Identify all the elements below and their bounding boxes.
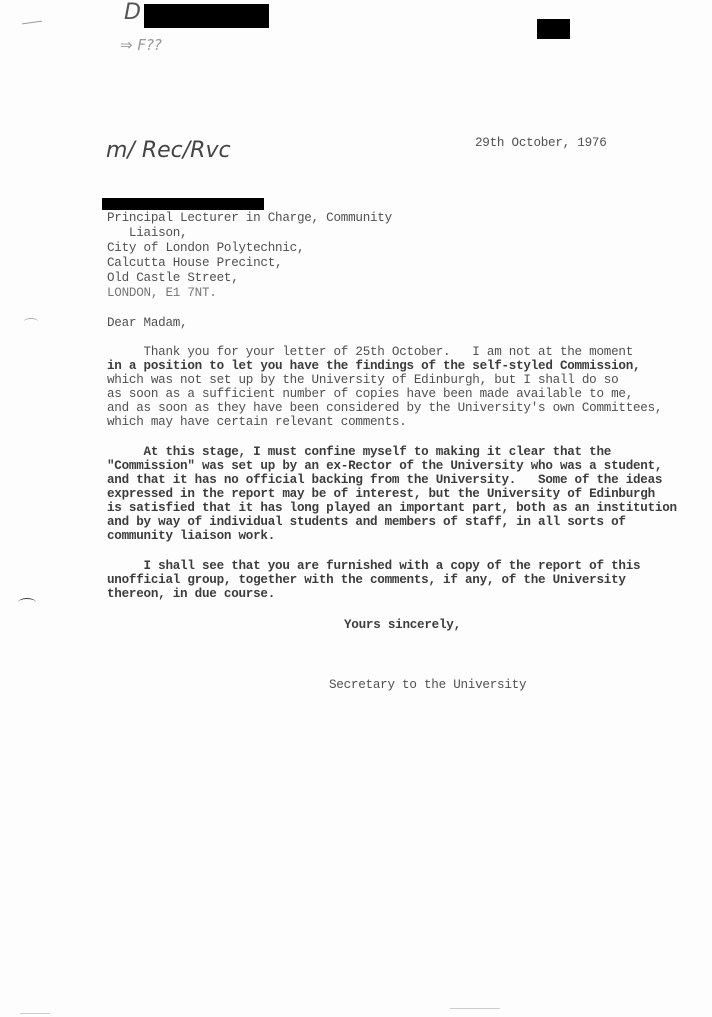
punch-hole-mark [18, 598, 36, 607]
letter-date: 29th October, 1976 [475, 136, 607, 151]
paragraph-line: is satisfied that it has long played an … [107, 501, 677, 516]
handwritten-file-note: ⇒ F?? [120, 36, 162, 54]
scan-noise [450, 1008, 500, 1009]
paragraph-line: I shall see that you are furnished with … [107, 559, 640, 574]
closing: Yours sincerely, [344, 618, 461, 633]
scan-mark [22, 21, 42, 25]
letter-page: D ⇒ F?? m/ Rec/Rvc 29th October, 1976 Pr… [0, 0, 712, 1017]
recipient-address-line1: Calcutta House Precinct, [107, 256, 282, 271]
recipient-city-postcode: LONDON, E1 7NT. [107, 286, 217, 301]
recipient-title-line1: Principal Lecturer in Charge, Community [107, 211, 392, 226]
scan-noise [20, 1013, 50, 1014]
signatory: Secretary to the University [329, 678, 526, 693]
handwritten-routing-note: m/ Rec/Rvc [106, 138, 231, 163]
paragraph-line: thereon, in due course. [107, 587, 275, 602]
paragraph-line: in a position to let you have the findin… [107, 359, 640, 374]
paragraph-line: which may have certain relevant comments… [107, 415, 407, 430]
recipient-organisation: City of London Polytechnic, [107, 241, 304, 256]
paragraph-line: as soon as a sufficient number of copies… [107, 387, 633, 402]
paragraph-line: unofficial group, together with the comm… [107, 573, 626, 588]
paragraph-line: and as soon as they have been considered… [107, 401, 662, 416]
paragraph-line: "Commission" was set up by an ex-Rector … [107, 459, 662, 474]
redaction-top-left [144, 4, 269, 28]
paragraph-line: and that it has no official backing from… [107, 473, 662, 488]
redaction-top-right [537, 19, 570, 39]
paragraph-line: community liaison work. [107, 529, 275, 544]
recipient-address-line2: Old Castle Street, [107, 271, 239, 286]
handwritten-mark: D [124, 0, 141, 25]
paragraph-line: which was not set up by the University o… [107, 373, 618, 388]
paragraph-line: Thank you for your letter of 25th Octobe… [107, 345, 633, 360]
salutation: Dear Madam, [107, 316, 187, 331]
paragraph-line: expressed in the report may be of intere… [107, 487, 655, 502]
punch-hole-mark [24, 318, 38, 325]
recipient-title-line2: Liaison, [107, 226, 187, 241]
paragraph-line: and by way of individual students and me… [107, 515, 626, 530]
paragraph-line: At this stage, I must confine myself to … [107, 445, 611, 460]
redaction-recipient-name [102, 198, 264, 210]
